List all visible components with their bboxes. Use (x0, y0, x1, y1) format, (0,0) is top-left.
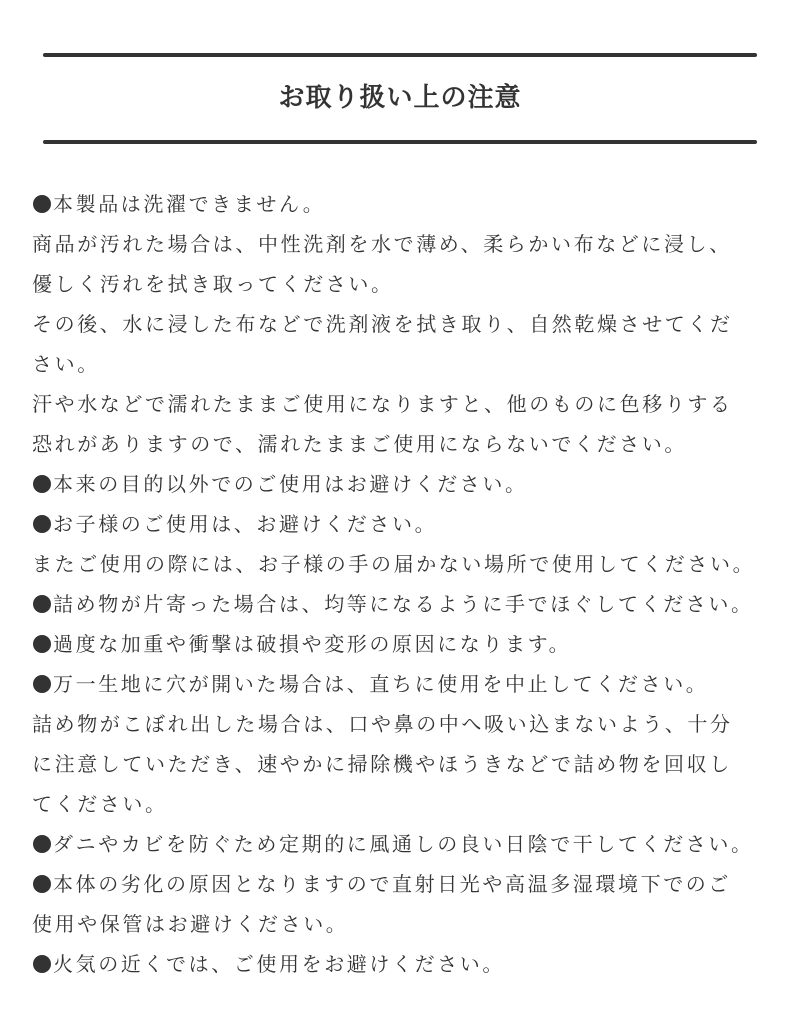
line-text: その後、水に浸した布などで洗剤液を拭き取り、自然乾燥させてくだ (32, 312, 733, 336)
caution-line: 詰め物がこぼれ出した場合は、口や鼻の中へ吸い込まないよう、十分 (32, 704, 772, 744)
line-text: 商品が汚れた場合は、中性洗剤を水で薄め、柔らかい布などに浸し、 (32, 232, 732, 256)
line-text: ダニやカビを防ぐため定期的に風通しの良い日陰で干してください。 (53, 832, 754, 856)
caution-line: 本体の劣化の原因となりますので直射日光や高温多湿環境下でのご (32, 864, 772, 904)
bullet-icon (33, 595, 51, 613)
line-text: 本来の目的以外でのご使用はお避けください。 (53, 472, 528, 496)
line-text: またご使用の際には、お子様の手の届かない場所で使用してください。 (32, 552, 755, 576)
line-text: 過度な加重や衝撃は破損や変形の原因になります。 (53, 632, 571, 656)
caution-line: お子様のご使用は、お避けください。 (32, 504, 772, 544)
caution-line: 本製品は洗濯できません。 (32, 184, 772, 224)
line-text: 使用や保管はお避けください。 (32, 912, 348, 936)
bullet-icon (33, 955, 51, 973)
caution-line: その後、水に浸した布などで洗剤液を拭き取り、自然乾燥させてくだ (32, 304, 772, 344)
caution-line: てください。 (32, 784, 772, 824)
bullet-icon (33, 515, 51, 533)
line-text: 優しく汚れを拭き取ってください。 (32, 272, 394, 296)
caution-list: 本製品は洗濯できません。 商品が汚れた場合は、中性洗剤を水で薄め、柔らかい布など… (32, 184, 772, 984)
bullet-icon (33, 475, 51, 493)
bullet-icon (33, 635, 51, 653)
caution-line: ダニやカビを防ぐため定期的に風通しの良い日陰で干してください。 (32, 824, 772, 864)
caution-line: 優しく汚れを拭き取ってください。 (32, 264, 772, 304)
line-text: 本製品は洗濯できません。 (53, 192, 325, 216)
caution-line: さい。 (32, 344, 772, 384)
line-text: 汗や水などで濡れたままご使用になりますと、他のものに色移りする (32, 392, 733, 416)
line-text: 詰め物がこぼれ出した場合は、口や鼻の中へ吸い込まないよう、十分 (32, 712, 733, 736)
caution-line: 本来の目的以外でのご使用はお避けください。 (32, 464, 772, 504)
bullet-icon (33, 835, 51, 853)
caution-line: 恐れがありますので、濡れたままご使用にならないでください。 (32, 424, 772, 464)
caution-line: またご使用の際には、お子様の手の届かない場所で使用してください。 (32, 544, 772, 584)
top-divider (43, 53, 757, 57)
page-title: お取り扱い上の注意 (0, 78, 800, 118)
line-text: 恐れがありますので、濡れたままご使用にならないでください。 (32, 432, 687, 456)
caution-line: 詰め物が片寄った場合は、均等になるように手でほぐしてください。 (32, 584, 772, 624)
line-text: 万一生地に穴が開いた場合は、直ちに使用を中止してください。 (53, 672, 708, 696)
bullet-icon (33, 195, 51, 213)
bottom-divider (43, 140, 757, 144)
line-text: 火気の近くでは、ご使用をお避けください。 (53, 952, 505, 976)
caution-line: 火気の近くでは、ご使用をお避けください。 (32, 944, 772, 984)
caution-line: 過度な加重や衝撃は破損や変形の原因になります。 (32, 624, 772, 664)
line-text: に注意していただき、速やかに掃除機やほうきなどで詰め物を回収し (32, 752, 732, 776)
line-text: さい。 (32, 352, 100, 376)
caution-line: に注意していただき、速やかに掃除機やほうきなどで詰め物を回収し (32, 744, 772, 784)
line-text: 詰め物が片寄った場合は、均等になるように手でほぐしてください。 (53, 592, 754, 616)
caution-line: 万一生地に穴が開いた場合は、直ちに使用を中止してください。 (32, 664, 772, 704)
caution-line: 汗や水などで濡れたままご使用になりますと、他のものに色移りする (32, 384, 772, 424)
line-text: てください。 (32, 792, 168, 816)
bullet-icon (33, 675, 51, 693)
caution-line: 使用や保管はお避けください。 (32, 904, 772, 944)
bullet-icon (33, 875, 51, 893)
caution-line: 商品が汚れた場合は、中性洗剤を水で薄め、柔らかい布などに浸し、 (32, 224, 772, 264)
line-text: 本体の劣化の原因となりますので直射日光や高温多湿環境下でのご (53, 872, 731, 896)
line-text: お子様のご使用は、お避けください。 (53, 512, 437, 536)
